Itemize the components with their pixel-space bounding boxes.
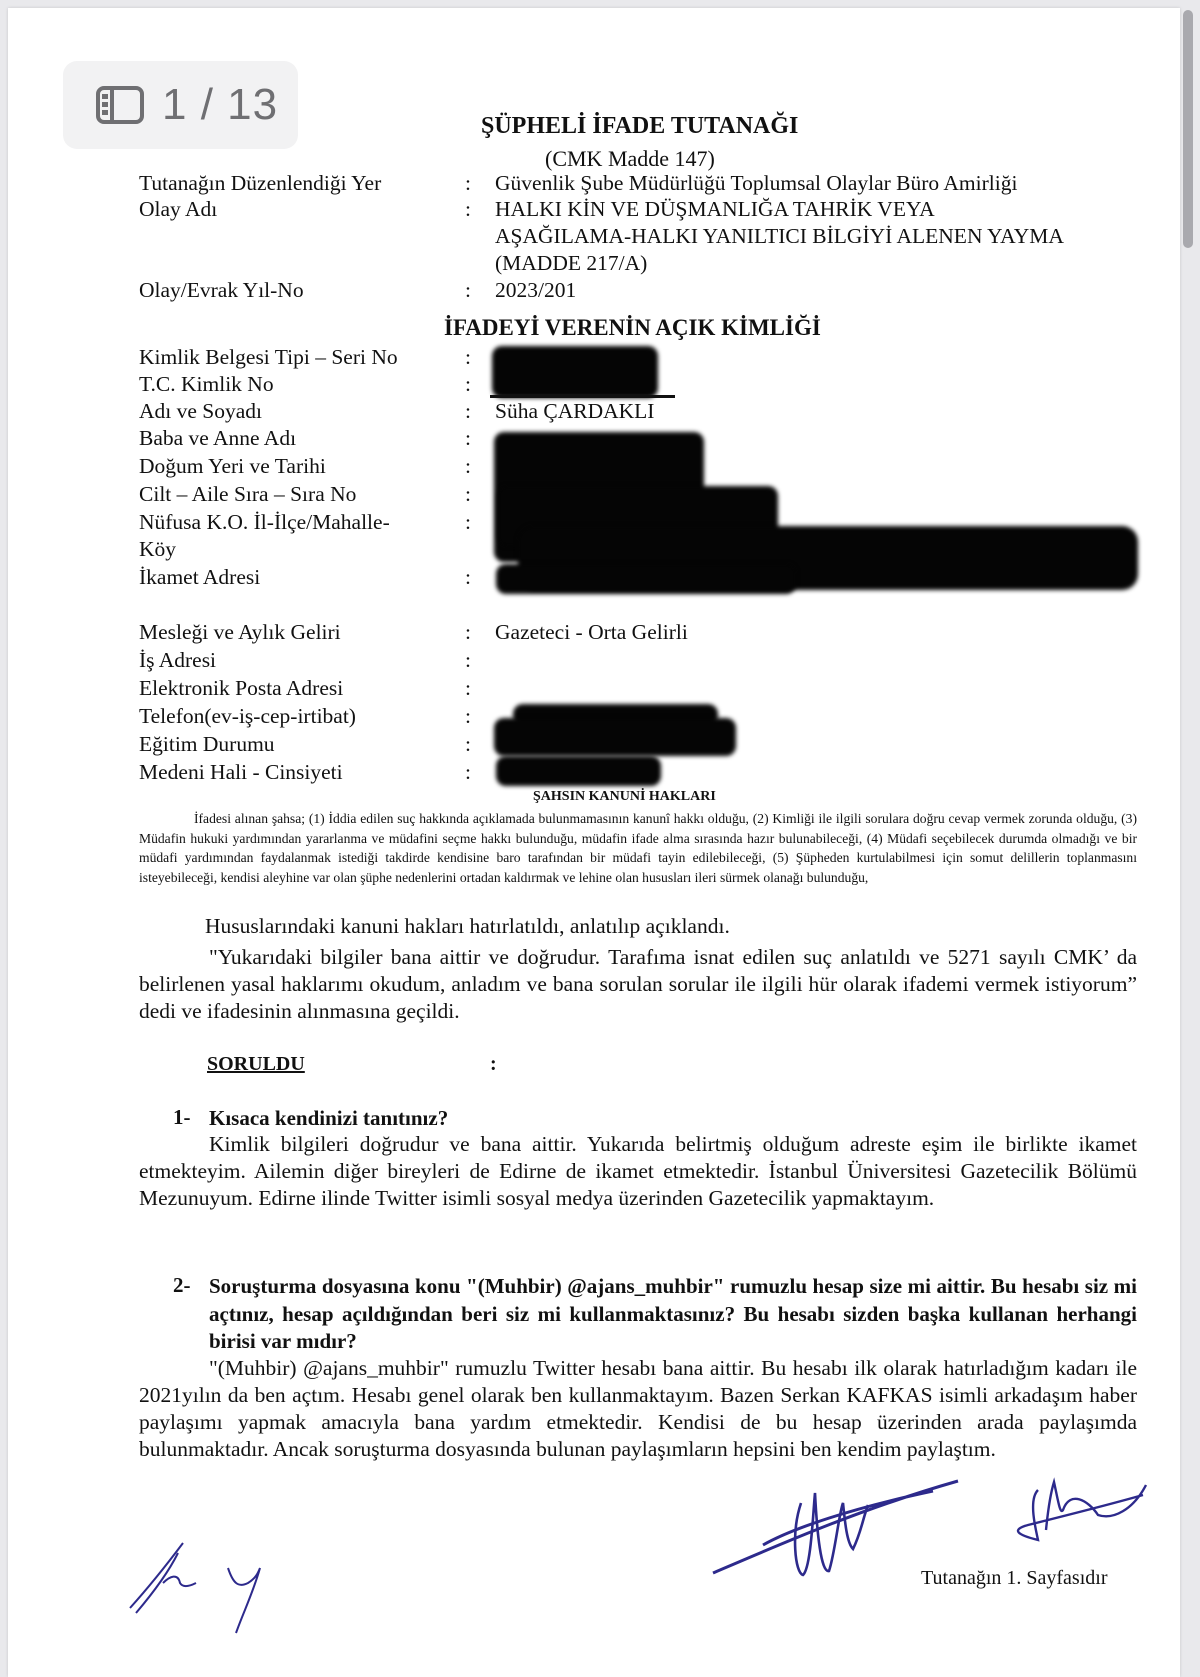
questions-heading-colon: : xyxy=(490,1053,497,1076)
field-label-file-number: Olay/Evrak Yıl-No xyxy=(139,278,304,303)
question-number: 1- xyxy=(173,1105,191,1130)
questions-heading-label: SORULDU xyxy=(207,1053,305,1075)
answer-text: "(Muhbir) @ajans_muhbir" rumuzlu Twitter… xyxy=(139,1355,1137,1463)
question-number: 2- xyxy=(173,1273,191,1298)
field-value-full-name: Süha ÇARDAKLI xyxy=(495,399,654,424)
field-label-email: Elektronik Posta Adresi xyxy=(139,676,343,701)
field-label-marital-gender: Medeni Hali - Cinsiyeti xyxy=(139,760,343,785)
field-colon: : xyxy=(465,732,471,757)
rights-section-title: ŞAHSIN KANUNİ HAKLARI xyxy=(533,789,716,805)
rights-text: İfadesi alınan şahsa; (1) İddia edilen s… xyxy=(139,809,1137,887)
signature-officer-2 xyxy=(1008,1470,1148,1550)
field-colon: : xyxy=(465,648,471,673)
field-label-population-registry-line2: Köy xyxy=(139,537,176,562)
questions-heading: SORULDU : xyxy=(207,1053,497,1076)
document-subtitle: (CMK Madde 147) xyxy=(545,146,715,172)
field-colon: : xyxy=(465,482,471,507)
field-label-birth: Doğum Yeri ve Tarihi xyxy=(139,454,326,479)
field-colon: : xyxy=(465,510,471,535)
field-colon: : xyxy=(465,676,471,701)
field-label-id-document: Kimlik Belgesi Tipi – Seri No xyxy=(139,345,398,370)
question-text: Kısaca kendinizi tanıtınız? xyxy=(209,1105,1137,1133)
page-counter: 1 / 13 xyxy=(162,80,278,130)
field-label-full-name: Adı ve Soyadı xyxy=(139,399,262,424)
redaction-address-left xyxy=(496,564,796,594)
field-colon: : xyxy=(465,197,471,222)
field-colon: : xyxy=(465,565,471,590)
vertical-scrollbar[interactable] xyxy=(1183,10,1193,248)
document-page: 1 / 13 ŞÜPHELİ İFADE TUTANAĞI (CMK Madde… xyxy=(8,8,1180,1677)
statement-intro: "Yukarıdaki bilgiler bana aittir ve doğr… xyxy=(139,944,1137,1025)
question-text: Soruşturma dosyasına konu "(Muhbir) @aja… xyxy=(209,1273,1137,1356)
field-value-occupation: Gazeteci - Orta Gelirli xyxy=(495,620,688,645)
field-label-occupation: Mesleği ve Aylık Geliri xyxy=(139,620,341,645)
field-value-event-name-line2: AŞAĞILAMA-HALKI YANILTICI BİLGİYİ ALENEN… xyxy=(495,224,1064,249)
page-indicator[interactable]: 1 / 13 xyxy=(63,61,298,149)
field-label-parents: Baba ve Anne Adı xyxy=(139,426,296,451)
field-colon: : xyxy=(465,399,471,424)
field-value-event-name-line3: (MADDE 217/A) xyxy=(495,251,647,276)
field-value-event-name-line1: HALKI KİN VE DÜŞMANLIĞA TAHRİK VEYA xyxy=(495,197,935,222)
redaction-marital xyxy=(496,756,661,786)
field-colon: : xyxy=(465,171,471,196)
field-colon: : xyxy=(465,704,471,729)
field-label-registry: Cilt – Aile Sıra – Sıra No xyxy=(139,482,356,507)
rights-reminder: Hususlarındaki kanuni hakları hatırlatıl… xyxy=(205,914,730,939)
redaction-education xyxy=(494,718,736,756)
field-label-phone: Telefon(ev-iş-cep-irtibat) xyxy=(139,704,356,729)
field-label-event-name: Olay Adı xyxy=(139,197,217,222)
field-colon: : xyxy=(465,760,471,785)
sidebar-toggle-icon[interactable] xyxy=(96,86,144,124)
field-label-work-address: İş Adresi xyxy=(139,648,216,673)
redaction-id-document xyxy=(492,346,658,398)
field-value-file-number: 2023/201 xyxy=(495,278,576,303)
field-colon: : xyxy=(465,454,471,479)
field-colon: : xyxy=(465,620,471,645)
field-colon: : xyxy=(465,345,471,370)
field-value-location: Güvenlik Şube Müdürlüğü Toplumsal Olayla… xyxy=(495,171,1017,196)
field-colon: : xyxy=(465,372,471,397)
field-label-education: Eğitim Durumu xyxy=(139,732,275,757)
field-label-population-registry-line1: Nüfusa K.O. İl-İlçe/Mahalle- xyxy=(139,510,390,535)
field-label-location: Tutanağın Düzenlendiği Yer xyxy=(139,171,381,196)
redaction-underline xyxy=(490,395,675,398)
page-footer-note: Tutanağın 1. Sayfasıdır xyxy=(921,1567,1107,1590)
document-title: ŞÜPHELİ İFADE TUTANAĞI xyxy=(481,113,798,140)
field-label-residence: İkamet Adresi xyxy=(139,565,260,590)
identity-section-title: İFADEYİ VERENİN AÇIK KİMLİĞİ xyxy=(444,315,821,341)
field-colon: : xyxy=(465,278,471,303)
answer-text: Kimlik bilgileri doğrudur ve bana aittir… xyxy=(139,1131,1137,1212)
signature-suspect xyxy=(128,1538,278,1638)
field-colon: : xyxy=(465,426,471,451)
field-label-tc-number: T.C. Kimlik No xyxy=(139,372,274,397)
